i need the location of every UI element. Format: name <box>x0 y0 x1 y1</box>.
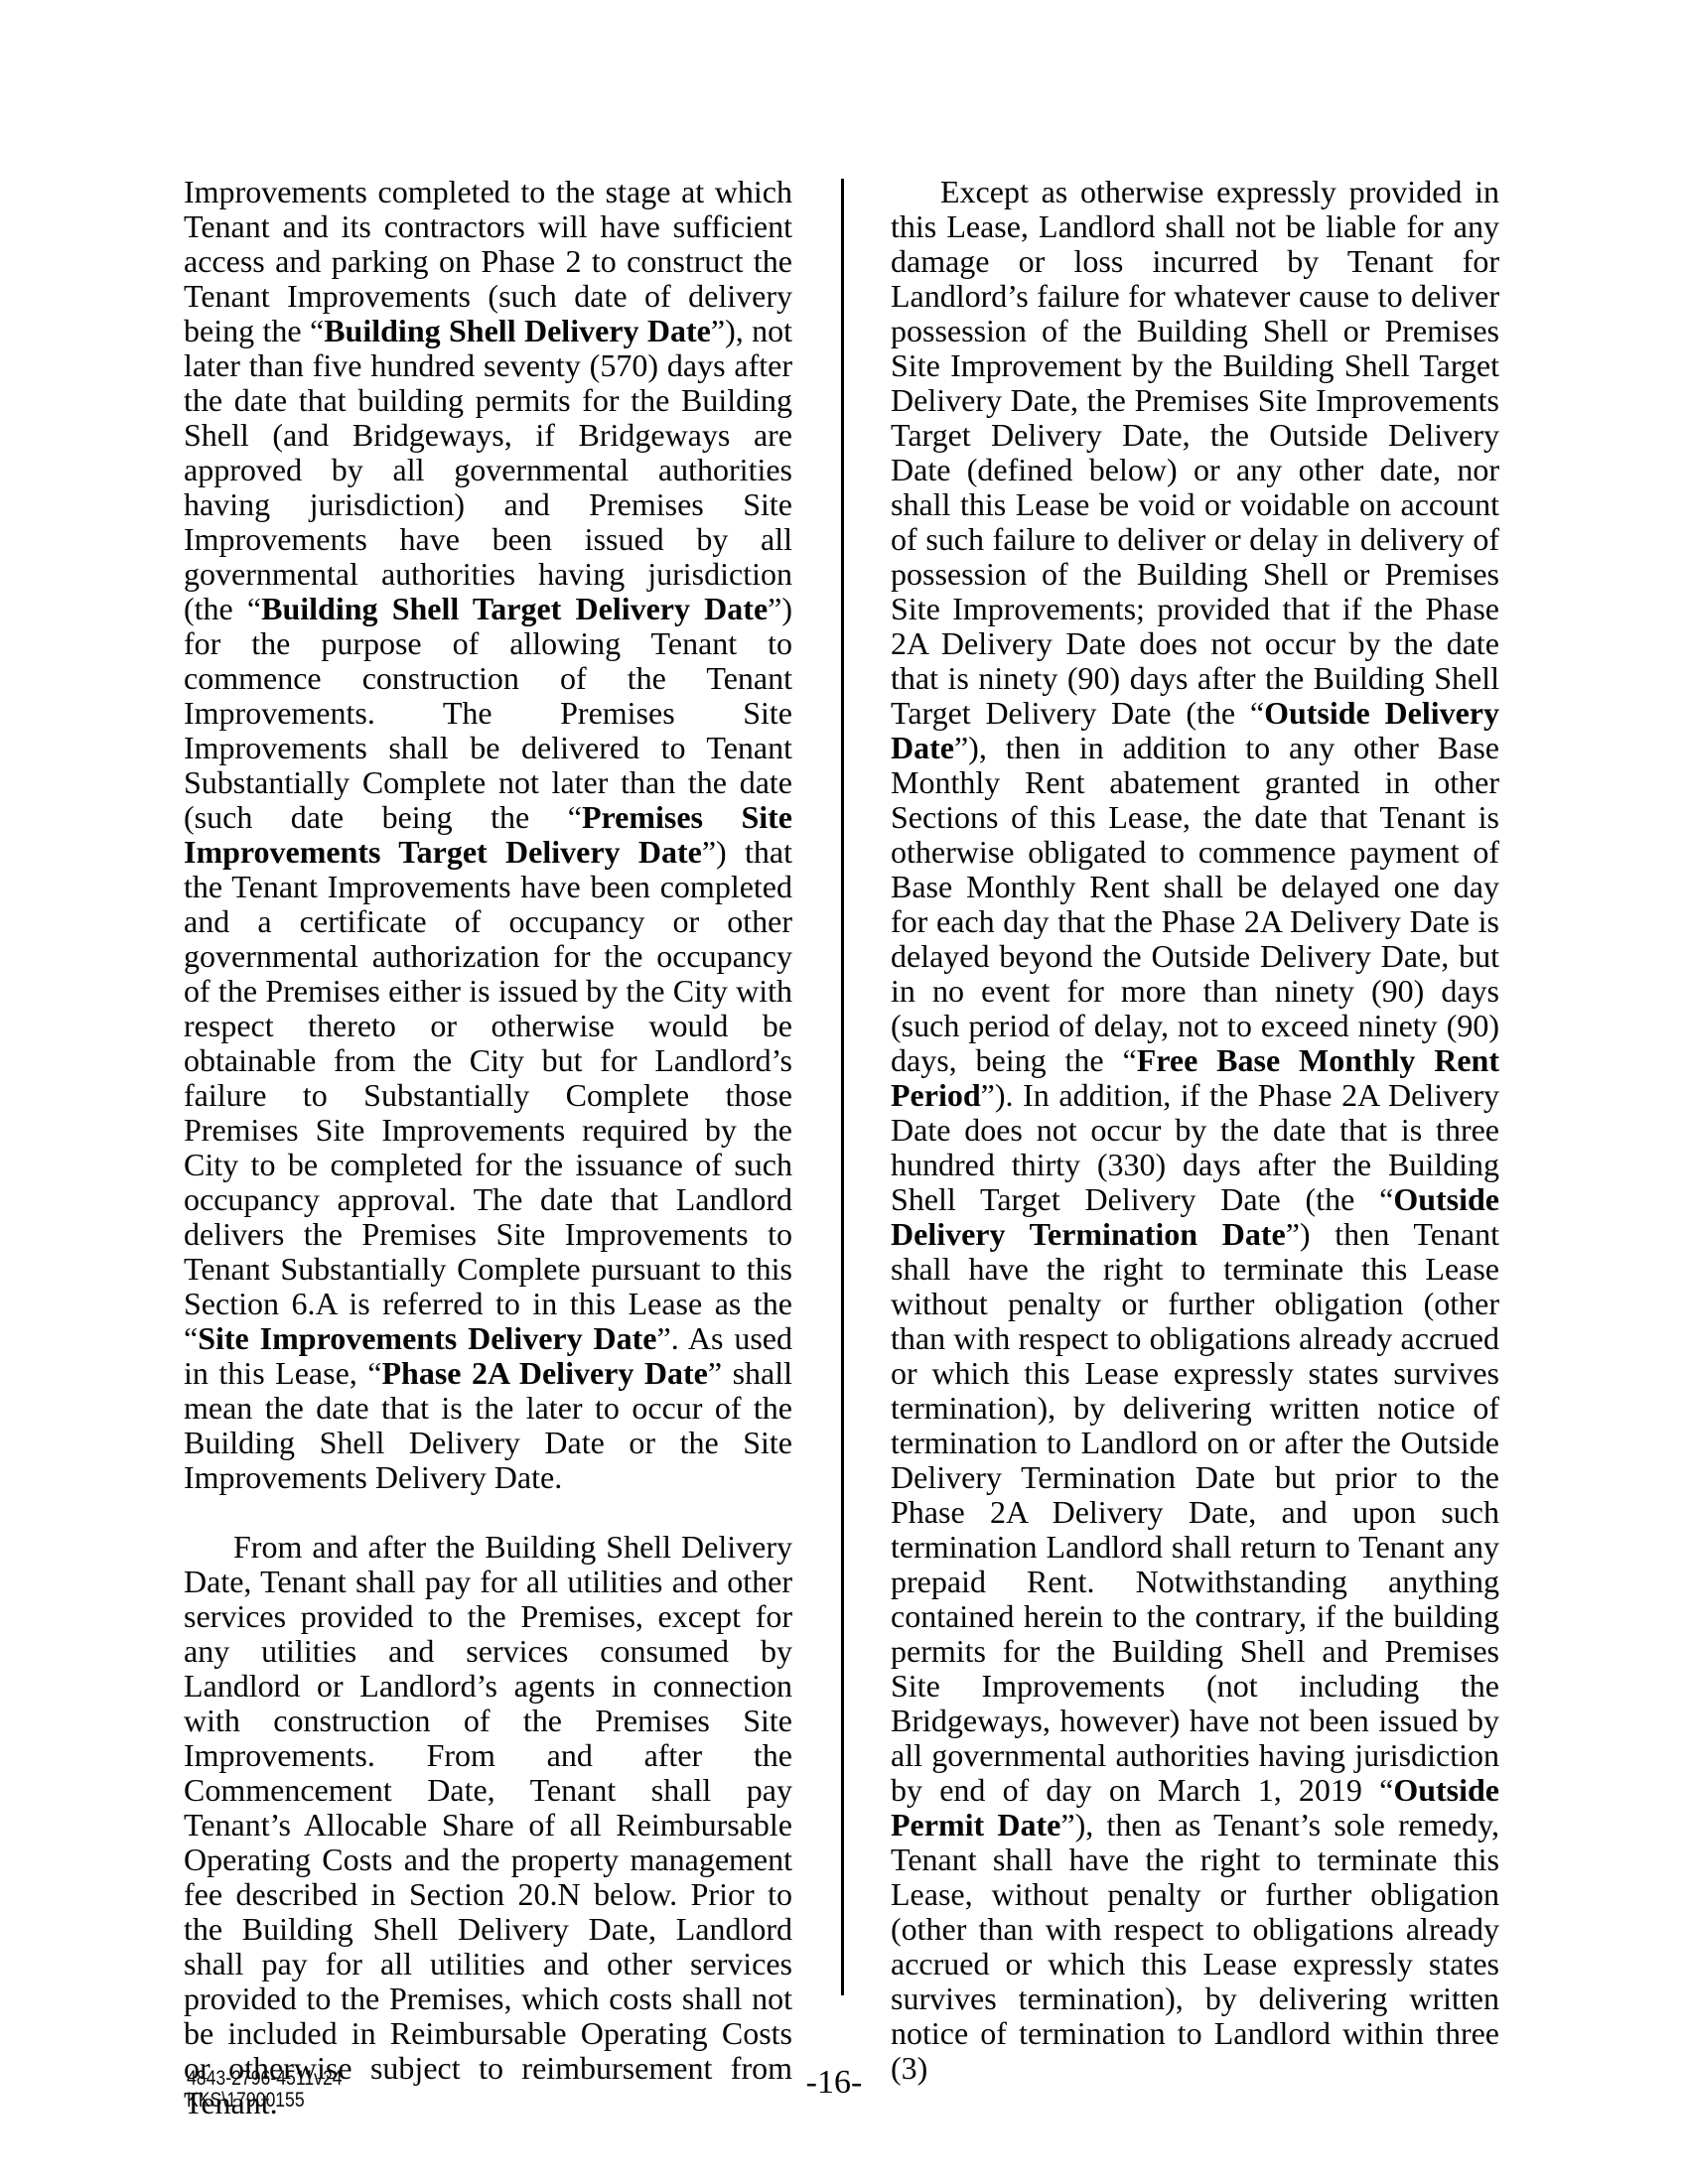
text-segment: From and after the Building Shell Delive… <box>184 1529 792 2120</box>
defined-term: Site Improvements Delivery Date <box>198 1320 656 1356</box>
text-segment: ”) that the Tenant Improvements have bee… <box>184 834 792 1356</box>
document-id-line-1: 4843-2796-4511v24 <box>187 2068 343 2090</box>
page-number: -16- <box>735 2065 933 2101</box>
right-text-column: Except as otherwise expressly provided i… <box>891 175 1499 2086</box>
defined-term: Building Shell Delivery Date <box>324 313 711 348</box>
left-text-column: Improvements completed to the stage at w… <box>184 175 792 2120</box>
text-segment: ”), then in addition to any other Base M… <box>891 730 1499 1078</box>
document-id-line-2: KKS\17900155 <box>187 2090 343 2112</box>
text-segment: Except as otherwise expressly provided i… <box>891 174 1499 731</box>
text-segment: ”) then Tenant shall have the right to t… <box>891 1216 1499 1808</box>
document-id-footer: 4843-2796-4511v24 KKS\17900155 <box>187 2068 343 2112</box>
paragraph: From and after the Building Shell Delive… <box>184 1530 792 2120</box>
defined-term: Building Shell Target Delivery Date <box>261 591 768 626</box>
paragraph: Improvements completed to the stage at w… <box>184 175 792 1495</box>
document-page: Improvements completed to the stage at w… <box>0 0 1688 2184</box>
column-divider-rule <box>841 179 844 1995</box>
text-segment: ”), not later than five hundred seventy … <box>184 313 792 626</box>
text-segment: ”), then as Tenant’s sole remedy, Tenant… <box>891 1807 1499 2086</box>
paragraph: Except as otherwise expressly provided i… <box>891 175 1499 2086</box>
defined-term: Phase 2A Delivery Date <box>381 1355 707 1391</box>
